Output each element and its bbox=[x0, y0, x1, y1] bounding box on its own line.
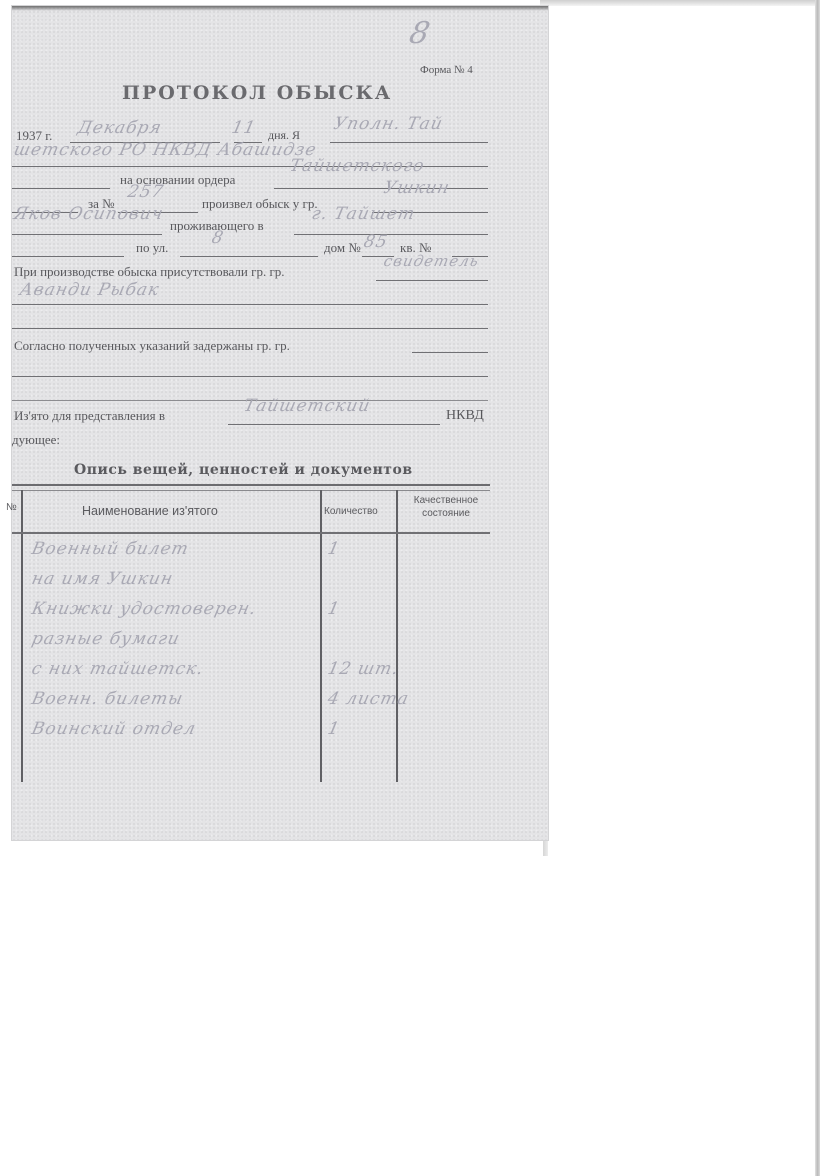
inventory-row-quantity bbox=[325, 624, 451, 654]
person-line-2 bbox=[12, 234, 162, 235]
warrant-issuer-value: Тайшетского bbox=[288, 156, 427, 176]
inventory-rows: Военный билет на имя Ушкин Книжки удосто… bbox=[32, 534, 318, 744]
officer-value-1: Уполн. Тай bbox=[332, 114, 445, 134]
sheet-number: 8 bbox=[406, 16, 434, 51]
inventory-col-name: Наименование из'ятого bbox=[82, 504, 218, 518]
inventory-quantities: 1 1 12 шт. 4 листа 1 bbox=[328, 534, 448, 744]
officer-line-1 bbox=[330, 142, 488, 143]
inventory-title: Опись вещей, ценностей и документов bbox=[74, 462, 413, 478]
inventory-row-quantity: 1 bbox=[325, 594, 451, 624]
scanner-right-edge bbox=[815, 0, 820, 1176]
inventory-row-name: Воинский отдел bbox=[29, 714, 321, 744]
inventory-row-quantity: 1 bbox=[325, 534, 451, 564]
inventory-row-quantity: 4 листа bbox=[325, 684, 451, 714]
inventory-col-condition-2: состояние bbox=[402, 508, 490, 519]
scanner-top-edge bbox=[540, 0, 820, 6]
street-prefix-line bbox=[12, 256, 124, 257]
inventory-row-quantity: 12 шт. bbox=[325, 654, 451, 684]
inventory-col-quantity: Количество bbox=[324, 506, 378, 517]
seized-to-line bbox=[228, 424, 440, 425]
inventory-row-name: Военн. билеты bbox=[29, 684, 321, 714]
seized-to-value: Тайшетский bbox=[242, 396, 373, 416]
inventory-col-no: № bbox=[6, 502, 17, 513]
date-month-value: Декабря bbox=[76, 118, 164, 138]
street-value: 8 bbox=[210, 228, 226, 248]
page-title: ПРОТОКОЛ ОБЫСКА bbox=[122, 82, 392, 104]
following-label: дующее: bbox=[12, 432, 60, 448]
inventory-row-quantity: 1 bbox=[325, 714, 451, 744]
inventory-row-name: разные бумаги bbox=[29, 624, 321, 654]
inventory-table-top-rule bbox=[12, 484, 490, 491]
date-day-value: 11 bbox=[230, 118, 258, 138]
search-label: произвел обыск у гр. bbox=[202, 196, 318, 212]
warrant-issuer-line bbox=[274, 188, 488, 189]
inventory-row-name: Военный билет bbox=[29, 534, 321, 564]
person-value-2: Яков Осипович bbox=[12, 204, 166, 224]
inventory-row-name: Книжки удостоверен. bbox=[29, 594, 321, 624]
residence-line bbox=[294, 234, 488, 235]
person-value-1: Ушкин bbox=[382, 178, 452, 198]
nkvd-label: НКВД bbox=[446, 408, 484, 424]
witnesses-label: При производстве обыска присутствовали г… bbox=[14, 264, 285, 280]
warrant-prefix-line bbox=[12, 188, 110, 189]
witnesses-line-1 bbox=[376, 280, 488, 281]
warrant-no-value: 257 bbox=[126, 182, 166, 202]
paper-top-shadow bbox=[12, 6, 548, 11]
witnesses-line-3 bbox=[12, 328, 488, 329]
witnesses-value-2: Аванди Рыбак bbox=[18, 280, 161, 300]
inventory-row-name: с них тайшетск. bbox=[29, 654, 321, 684]
street-line bbox=[180, 256, 318, 257]
detained-line-2 bbox=[12, 376, 488, 377]
street-label: по ул. bbox=[136, 240, 168, 256]
inventory-row-name: на имя Ушкин bbox=[29, 564, 321, 594]
house-value: 85 bbox=[362, 232, 390, 252]
seized-label: Из'ято для представления в bbox=[14, 408, 165, 424]
detained-label: Согласно полученных указаний задержаны г… bbox=[14, 338, 290, 354]
house-label: дом № bbox=[324, 240, 361, 256]
document-page: 8 Форма № 4 ПРОТОКОЛ ОБЫСКА 1937 г. Дека… bbox=[12, 6, 548, 840]
witnesses-value-1: свидетель bbox=[382, 252, 481, 270]
residence-value: г. Тайшет bbox=[310, 204, 417, 224]
officer-value-2: шетского РО НКВД Абашидзе bbox=[12, 140, 319, 160]
form-number: Форма № 4 bbox=[420, 64, 473, 76]
witnesses-line-2 bbox=[12, 304, 488, 305]
inventory-col-condition-1: Качественное bbox=[402, 495, 490, 506]
inventory-row-quantity bbox=[325, 564, 451, 594]
detained-line-1 bbox=[412, 352, 488, 353]
